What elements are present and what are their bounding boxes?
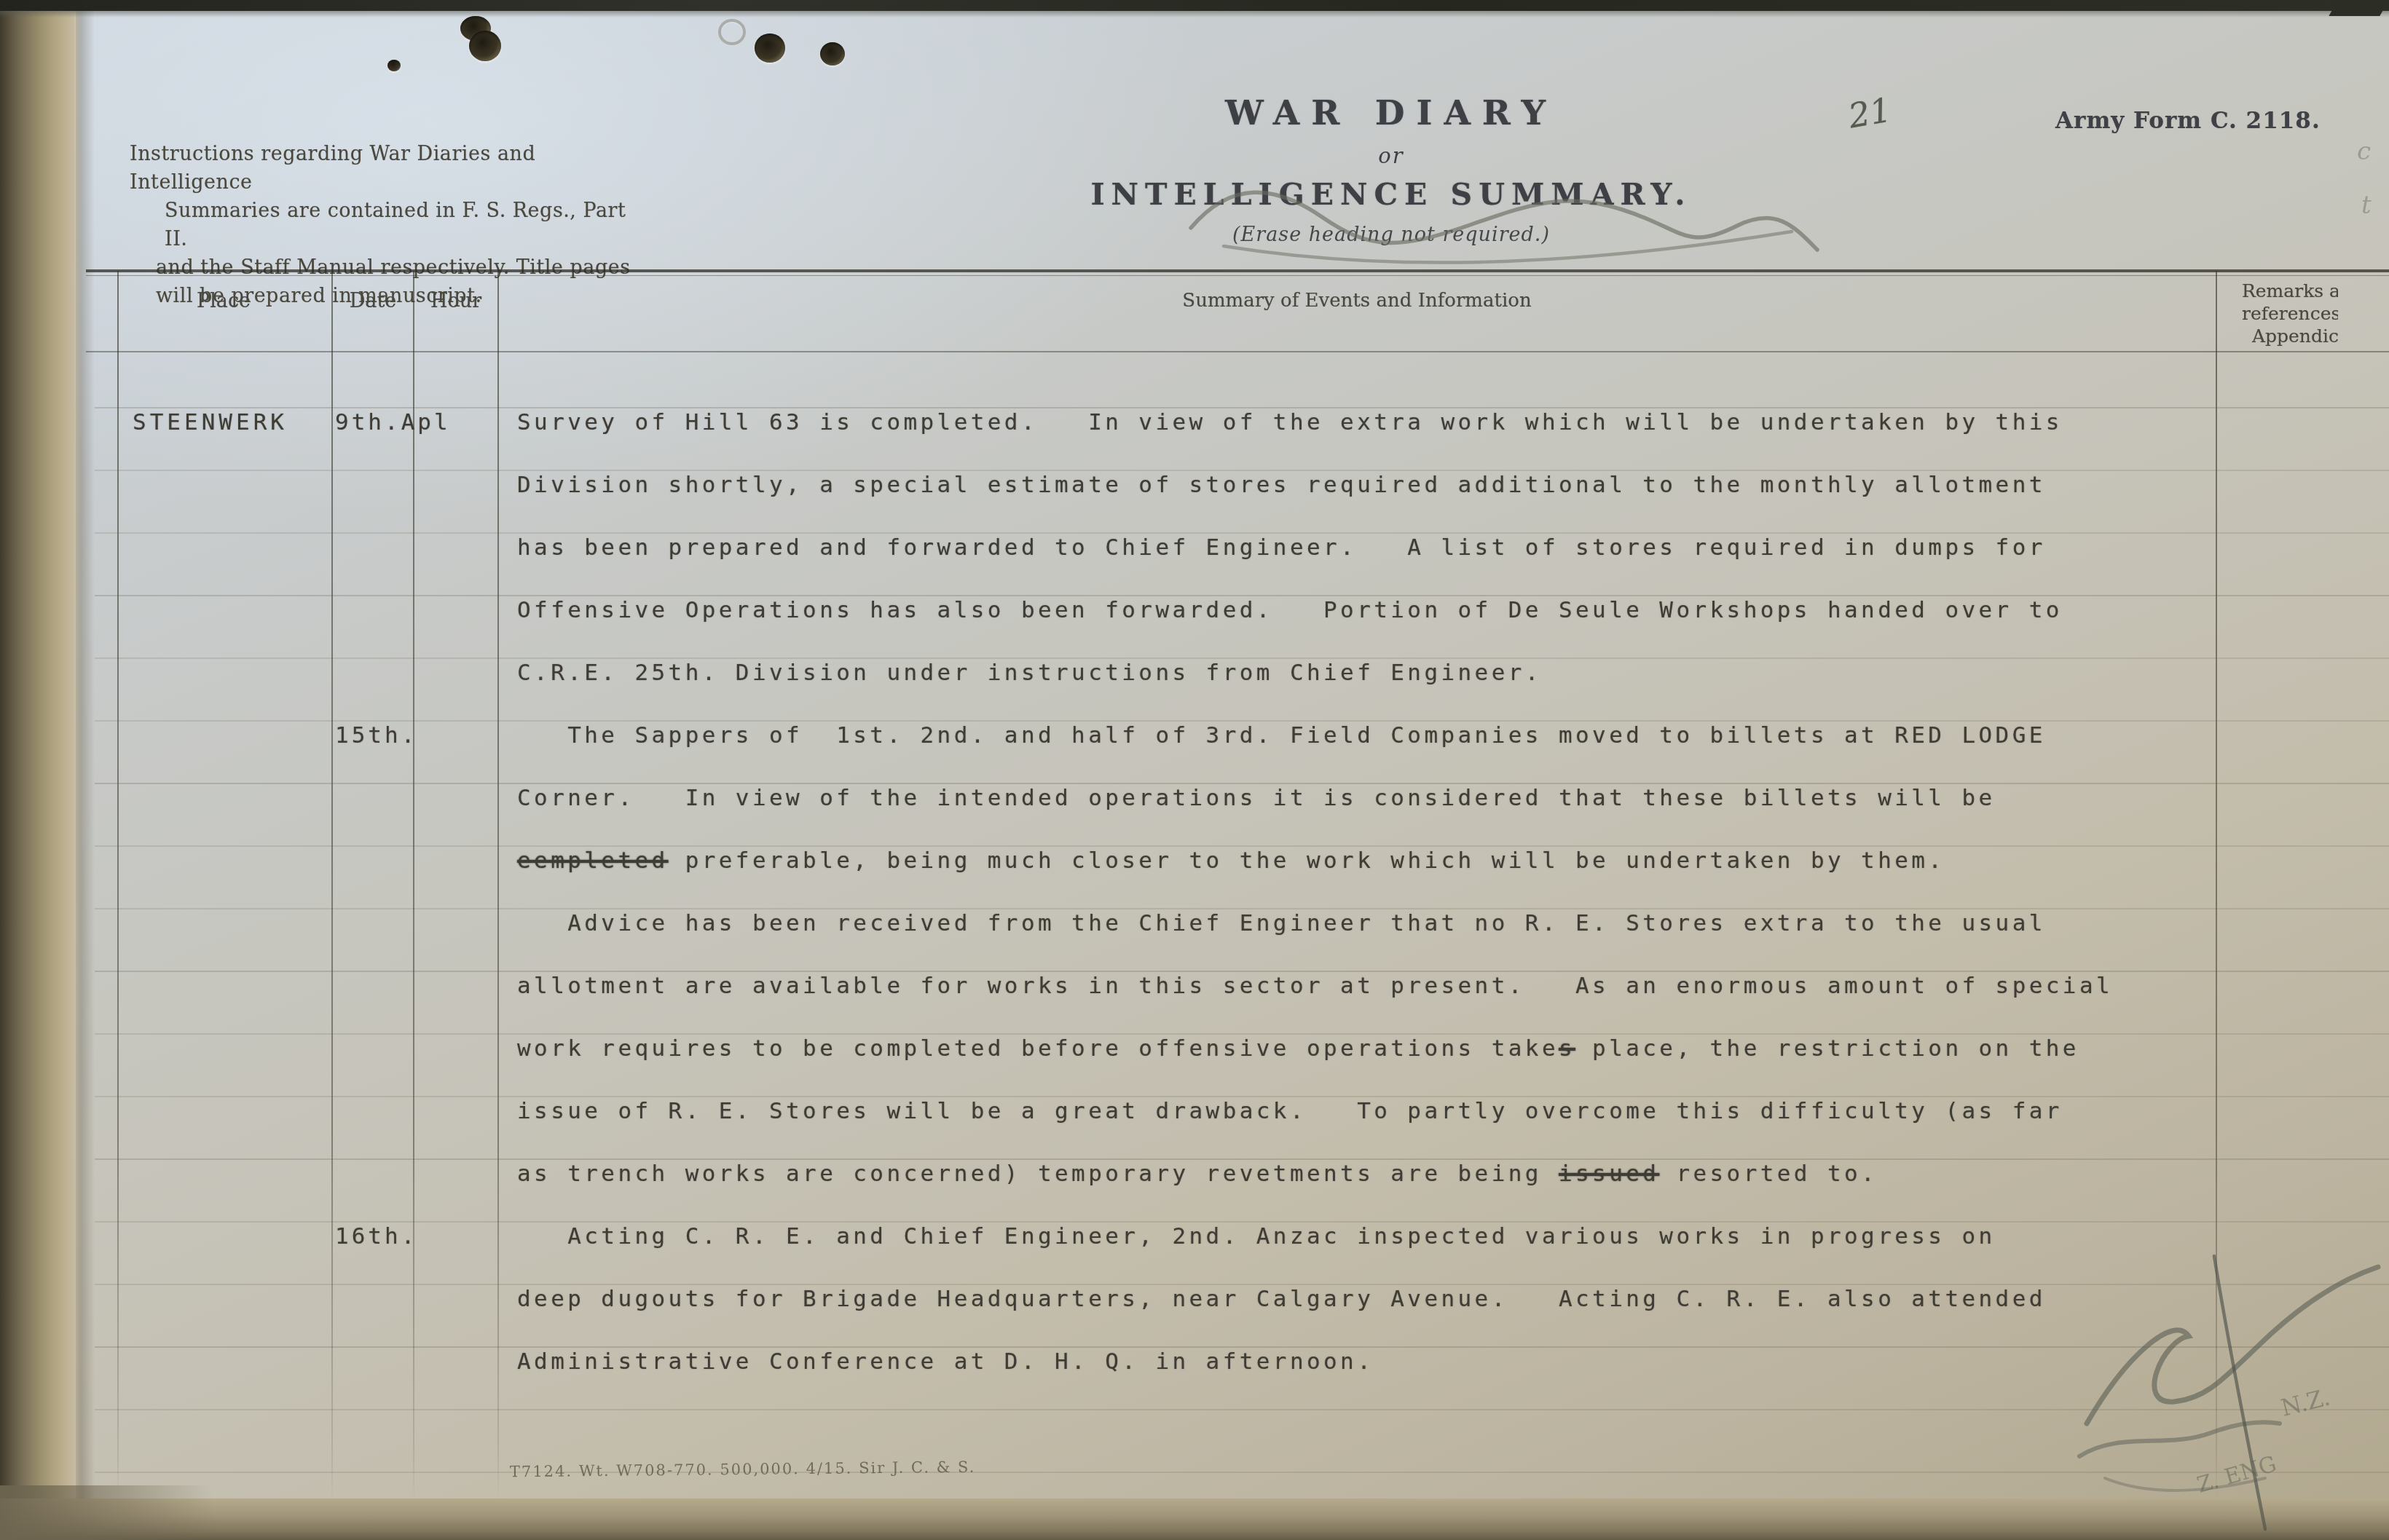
summary-text: C.R.E. 25th. Division under instructions… — [517, 660, 1542, 686]
place-cell: STEENWERK — [133, 409, 288, 435]
table-top-border — [86, 269, 2389, 272]
date-cell: 16th. — [335, 1223, 417, 1249]
ruled-line — [95, 1033, 2389, 1035]
summary-line: issue of R. E. Stores will be a great dr… — [517, 1098, 2063, 1124]
summary-text: The Sappers of 1st. 2nd. and half of 3rd… — [517, 722, 2046, 749]
summary-line: has been prepared and forwarded to Chief… — [517, 534, 2046, 561]
summary-text: as trench works are concerned) temporary… — [517, 1161, 1559, 1187]
margin-scribble: c — [2357, 137, 2371, 166]
summary-text: Acting C. R. E. and Chief Engineer, 2nd.… — [517, 1223, 1996, 1249]
struck-word: s — [1559, 1035, 1575, 1062]
ruled-line — [95, 1221, 2389, 1223]
punch-hole — [469, 31, 501, 61]
column-line-place-date — [331, 271, 333, 1500]
ruled-line — [95, 908, 2389, 909]
date-cell: 9th.Apl — [335, 409, 451, 435]
signature: N.Z. Z. ENG — [2018, 1238, 2389, 1540]
instructions-line: and the Staff Manual respectively. Title… — [130, 253, 639, 282]
ruled-line — [95, 971, 2389, 972]
stamp-nz: N.Z. — [2278, 1383, 2333, 1421]
summary-text: has been prepared and forwarded to Chief… — [517, 534, 2046, 561]
summary-line: Corner. In view of the intended operatio… — [517, 785, 1996, 811]
column-header-place: Place — [169, 290, 278, 312]
war-diary-scan: Instructions regarding War Diaries and I… — [0, 0, 2389, 1540]
punch-hole — [820, 42, 845, 66]
summary-text: Division shortly, a special estimate of … — [517, 472, 2046, 498]
column-line-hour-summary — [497, 271, 499, 1500]
instructions-line: Summaries are contained in F. S. Regs., … — [130, 197, 639, 253]
ruled-line — [95, 845, 2389, 847]
punch-hole-small — [387, 60, 401, 71]
ruled-line — [95, 658, 2389, 659]
punch-ring — [718, 19, 746, 45]
title-war-diary: WAR DIARY — [1085, 93, 1697, 133]
ruled-line — [95, 1096, 2389, 1097]
table-header-bottom-border — [86, 351, 2389, 352]
stamp-eng: Z. ENG — [2195, 1451, 2280, 1498]
ruled-line — [95, 407, 2389, 408]
title-intelligence-summary: INTELLIGENCE SUMMARY. — [1085, 177, 1697, 212]
margin-scribble: t — [2361, 191, 2372, 220]
summary-line: work requires to be completed before off… — [517, 1035, 2079, 1062]
summary-line: Offensive Operations has also been forwa… — [517, 597, 2063, 623]
army-form-number: Army Form C. 2118. — [2055, 108, 2321, 134]
scan-edge-top-bevel — [0, 11, 2389, 17]
summary-text: Advice has been received from the Chief … — [517, 910, 2046, 936]
summary-line: Survey of Hill 63 is completed. In view … — [517, 409, 2063, 435]
summary-text: Survey of Hill 63 is completed. In view … — [517, 409, 2063, 435]
column-line-left — [117, 271, 119, 1500]
summary-text: Administrative Conference at D. H. Q. in… — [517, 1349, 1374, 1375]
struck-word: eempleted — [517, 848, 669, 874]
ruled-line — [95, 1158, 2389, 1160]
summary-line: Administrative Conference at D. H. Q. in… — [517, 1349, 1374, 1375]
page-stack-edge-left — [0, 0, 82, 1540]
column-header-remarks: Remarks and references to Appendices — [2242, 280, 2338, 347]
punch-hole — [755, 33, 785, 63]
summary-text: issue of R. E. Stores will be a great dr… — [517, 1098, 2063, 1124]
summary-line: Division shortly, a special estimate of … — [517, 472, 2046, 498]
column-line-date-hour — [413, 271, 414, 1500]
scan-edge-top — [0, 0, 2389, 11]
ruled-line — [95, 783, 2389, 784]
ruled-line — [95, 720, 2389, 722]
summary-text: Offensive Operations has also been forwa… — [517, 597, 2063, 623]
date-cell: 15th. — [335, 722, 417, 749]
summary-text: preferable, being much closer to the wor… — [669, 848, 1945, 874]
summary-line: as trench works are concerned) temporary… — [517, 1161, 1878, 1187]
summary-line: allotment are available for works in thi… — [517, 973, 2113, 999]
summary-line: deep dugouts for Brigade Headquarters, n… — [517, 1286, 2046, 1312]
summary-text: allotment are available for works in thi… — [517, 973, 2113, 999]
summary-line: C.R.E. 25th. Division under instructions… — [517, 660, 1542, 686]
summary-line: Acting C. R. E. and Chief Engineer, 2nd.… — [517, 1223, 1996, 1249]
summary-text: Corner. In view of the intended operatio… — [517, 785, 1996, 811]
summary-line: The Sappers of 1st. 2nd. and half of 3rd… — [517, 722, 2046, 749]
summary-line: Advice has been received from the Chief … — [517, 910, 2046, 936]
struck-word: issued — [1559, 1161, 1659, 1187]
scan-edge-top-right — [2329, 0, 2389, 16]
summary-text: work requires to be completed before off… — [517, 1035, 1559, 1062]
summary-text: resorted to. — [1659, 1161, 1878, 1187]
ruled-line — [95, 470, 2389, 471]
page-stack-edge-bottom-left — [0, 1485, 306, 1540]
summary-text: deep dugouts for Brigade Headquarters, n… — [517, 1286, 2046, 1312]
ruled-line — [95, 595, 2389, 596]
handwritten-page-number: 21 — [1846, 90, 1894, 135]
instructions-note: Instructions regarding War Diaries and I… — [130, 140, 639, 310]
table-top-border-inner — [86, 275, 2389, 276]
title-erase-note: (Erase heading not required.) — [1085, 224, 1697, 246]
instructions-line: Instructions regarding War Diaries and I… — [130, 140, 639, 197]
column-header-hour: Hour — [401, 290, 511, 312]
summary-line: eempleted preferable, being much closer … — [517, 848, 1945, 874]
title-or: or — [1085, 143, 1697, 168]
form-title: WAR DIARY or INTELLIGENCE SUMMARY. (Eras… — [1085, 93, 1697, 246]
ruled-line — [95, 532, 2389, 534]
summary-text: place, the restriction on the — [1575, 1035, 2079, 1062]
column-header-summary: Summary of Events and Information — [1066, 290, 1648, 312]
